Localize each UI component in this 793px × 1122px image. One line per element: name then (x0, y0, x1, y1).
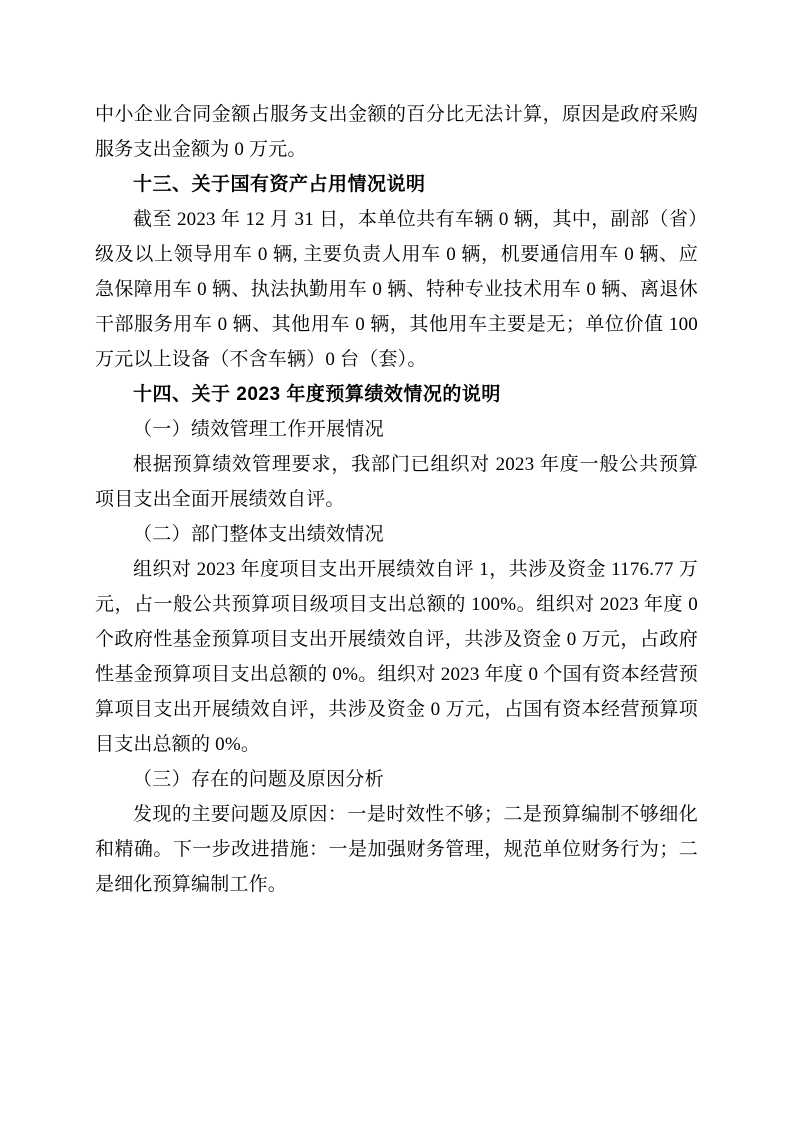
body-paragraph-performance-management: 根据预算绩效管理要求，我部门已组织对 2023 年度一般公共预算项目支出全面开展… (95, 447, 698, 517)
section-heading-13: 十三、关于国有资产占用情况说明 (95, 167, 698, 202)
subsection-heading-1: （一）绩效管理工作开展情况 (95, 412, 698, 447)
document-page: 中小企业合同金额占服务支出金额的百分比无法计算，原因是政府采购服务支出金额为 0… (0, 0, 793, 1122)
body-paragraph-problems-analysis: 发现的主要问题及原因：一是时效性不够；二是预算编制不够细化和精确。下一步改进措施… (95, 797, 698, 902)
subsection-heading-3: （三）存在的问题及原因分析 (95, 762, 698, 797)
body-paragraph-assets: 截至 2023 年 12 月 31 日，本单位共有车辆 0 辆，其中，副部（省）… (95, 202, 698, 377)
subsection-heading-2: （二）部门整体支出绩效情况 (95, 517, 698, 552)
body-paragraph-self-evaluation: 组织对 2023 年度项目支出开展绩效自评 1，共涉及资金 1176.77 万元… (95, 552, 698, 762)
body-paragraph-continuation: 中小企业合同金额占服务支出金额的百分比无法计算，原因是政府采购服务支出金额为 0… (95, 97, 698, 167)
section-heading-14: 十四、关于 2023 年度预算绩效情况的说明 (95, 377, 698, 412)
document-body: 中小企业合同金额占服务支出金额的百分比无法计算，原因是政府采购服务支出金额为 0… (95, 97, 698, 902)
